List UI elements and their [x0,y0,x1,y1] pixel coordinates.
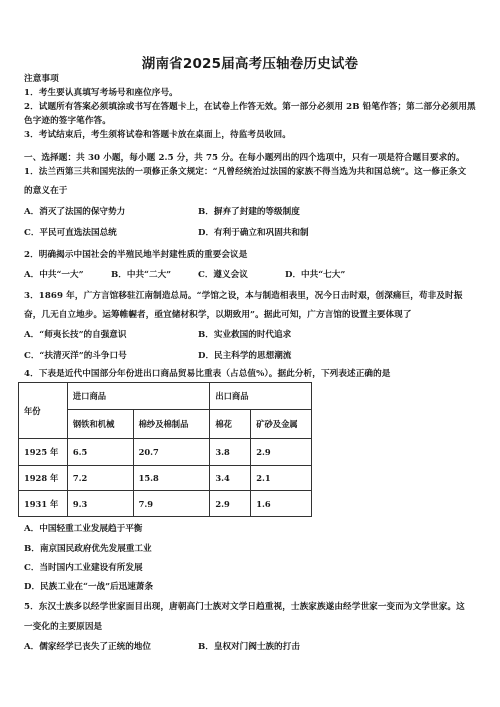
q4-option-a: A．中国轻重工业发展趋于平衡 [24,522,142,534]
q2-option-a: A．中共“一大” [24,268,84,280]
q5-stem-line-1: 5．东汉士族多以经学世家面目出现，唐朝高门士族对文学日趋重视，士族家族遂由经学世… [24,600,465,612]
q2-option-b: B．中共“二大” [111,268,171,280]
exam-title: 湖南省2025届高考压轴卷历史试卷 [0,52,500,72]
value-cell: 20.7 [133,439,210,466]
value-cell: 3.8 [210,439,251,466]
year-cell: 1931 年 [19,491,68,517]
q5-option-a: A．儒家经学已丧失了正统的地位 [24,640,151,652]
value-cell: 2.1 [251,466,312,491]
section-heading: 一、选择题：共 30 小题，每小题 2.5 分，共 75 分。在每小题列出的四个… [24,151,465,163]
q3-option-c: C．“扶清灭洋”的斗争口号 [24,349,127,361]
trade-ratio-table: 年份 进口商品 出口商品 钢铁和机械 棉纱及棉制品 棉花 矿砂及金属 1925 … [18,382,312,517]
q4-stem: 4．下表是近代中国部分年份进出口商品贸易比重表（占总值%）。据此分析，下列表述正… [24,367,391,379]
export-header: 出口商品 [210,383,312,410]
import-header: 进口商品 [67,383,209,410]
q5-stem-line-2: 一变化的主要原因是 [24,620,102,632]
notice-item-3: 3．考试结束后，考生须将试卷和答题卡放在桌面上，待监考员收回。 [24,128,291,140]
table-row: 1925 年 6.5 20.7 3.8 2.9 [19,439,312,466]
q2-option-c: C．遵义会议 [198,268,248,280]
subheader-cotton-yarn: 棉纱及棉制品 [133,410,210,439]
value-cell: 3.4 [210,466,251,491]
notice-item-1: 1．考生要认真填写考场号和座位序号。 [24,86,178,98]
notice-heading: 注意事项 [24,72,59,84]
exam-page: 湖南省2025届高考压轴卷历史试卷 注意事项 1．考生要认真填写考场号和座位序号… [0,0,500,707]
year-cell: 1928 年 [19,466,68,491]
q3-stem-line-2: 奋，几无自立地步。运筹帷幄者，亟宜储材积学，以期致用”。据此可知，广方言馆的设置… [24,308,412,320]
q3-option-d: D．民主科学的思想潮流 [198,349,291,361]
q4-option-d: D．民族工业在“一战”后迅速萧条 [24,580,153,592]
value-cell: 2.9 [251,439,312,466]
value-cell: 7.9 [133,491,210,517]
value-cell: 7.2 [67,466,133,491]
q1-option-d: D．有利于确立和巩固共和制 [198,226,309,238]
q2-stem: 2．明确揭示中国社会的半殖民地半封建性质的重要会议是 [24,248,247,260]
value-cell: 6.5 [67,439,133,466]
value-cell: 1.6 [251,491,312,517]
q1-option-b: B．摒弃了封建的等级制度 [198,205,300,217]
value-cell: 9.3 [67,491,133,517]
q1-option-a: A．消灭了法国的保守势力 [24,205,125,217]
q3-stem-line-1: 3．1869 年，广方言馆移驻江南制造总局。“学馆之设，本与制造相表里，况今日击… [24,289,462,301]
q4-option-b: B．南京国民政府优先发展重工业 [24,542,152,554]
year-cell: 1925 年 [19,439,68,466]
q1-option-c: C．平民可直选法国总统 [24,226,117,238]
q1-stem-line-2: 的意义在于 [24,184,67,196]
subheader-cotton: 棉花 [210,410,251,439]
q1-stem-line-1: 1．法兰西第三共和国宪法的一项修正条文规定：“凡曾经统治过法国的家族不得当选为共… [24,165,466,177]
table-row: 1928 年 7.2 15.8 3.4 2.1 [19,466,312,491]
subheader-steel-machinery: 钢铁和机械 [67,410,133,439]
q2-option-d: D．中共“七大” [285,268,345,280]
notice-item-2-cont: 色字迹的签字笔作答。 [24,114,111,126]
value-cell: 2.9 [210,491,251,517]
table-row: 1931 年 9.3 7.9 2.9 1.6 [19,491,312,517]
q3-option-a: A．“师夷长技”的自强意识 [24,328,127,340]
value-cell: 15.8 [133,466,210,491]
q5-option-b: B．皇权对门阀士族的打击 [198,640,300,652]
subheader-ore-metal: 矿砂及金属 [251,410,312,439]
notice-item-2: 2．试题所有答案必须填涂或书写在答题卡上，在试卷上作答无效。第一部分必须用 2B… [24,100,476,112]
q4-option-c: C．当时国内工业建设有所发展 [24,561,143,573]
year-header: 年份 [19,383,68,439]
q3-option-b: B．实业救国的时代追求 [198,328,291,340]
